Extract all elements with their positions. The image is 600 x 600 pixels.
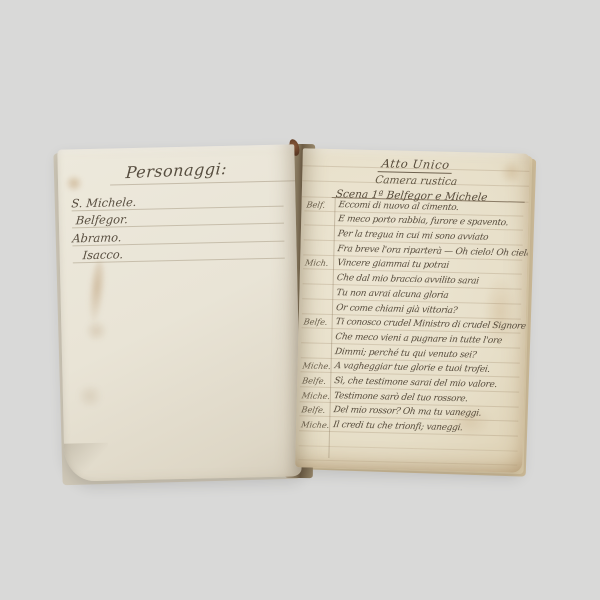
character-name: Isacco. [82, 247, 124, 262]
characters-title: Personaggi: [125, 159, 228, 182]
speaker-label: Belfe. [301, 405, 333, 416]
character-row: Isacco. [72, 241, 284, 263]
dialogue-text: Or come chiami già vittoria? [335, 303, 458, 316]
speaker-label: Miche. [302, 361, 334, 372]
photo-scene: Personaggi: S. Michele.Belfegor.Abramo.I… [0, 0, 600, 600]
speaker-label [305, 282, 335, 283]
dialogue-list: Belf.Eccomi di nuovo al cimento.E meco p… [298, 196, 523, 466]
stain [75, 385, 105, 408]
stain [85, 260, 107, 325]
speaker-label: Belfe. [301, 375, 333, 386]
speaker-label [303, 356, 333, 357]
character-name: Belfegor. [75, 212, 128, 227]
character-list: S. Michele.Belfegor.Abramo.Isacco. [71, 189, 285, 264]
speaker-label [304, 297, 334, 298]
stain [83, 321, 109, 342]
dialogue-text: Testimone sarò del tuo rossore. [333, 391, 468, 404]
speaker-label: Belf. [306, 199, 338, 210]
speaker-label: Mich. [304, 258, 336, 269]
speaker-label [304, 312, 334, 313]
manuscript-header: Atto Unico Camera rustica Scena 1ª Belfe… [302, 150, 530, 202]
speaker-label: Miche. [301, 390, 333, 401]
speaker-label: Belfe. [303, 317, 335, 328]
left-page: Personaggi: S. Michele.Belfegor.Abramo.I… [57, 144, 301, 481]
dialogue-text: Eccomi di nuovo al cimento. [338, 200, 460, 213]
speaker-label [305, 253, 335, 254]
right-page: Atto Unico Camera rustica Scena 1ª Belfe… [295, 148, 530, 472]
dialogue-text: Dimmi; perché tu qui venuto sei? [334, 347, 477, 360]
speaker-label [306, 238, 336, 239]
dialogue-text: Tu non avrai alcuna gloria [336, 288, 449, 301]
speaker-label [303, 341, 333, 342]
dialogue-text: Il credi tu che trionfi; vaneggi. [332, 420, 463, 433]
speaker-label: Miche. [300, 419, 332, 430]
character-name: S. Michele. [71, 194, 137, 210]
dialogue-text: Che dal mio braccio avvilito sarai [336, 273, 480, 286]
characters-title-row: Personaggi: [58, 158, 295, 182]
speaker-label [306, 224, 336, 225]
dialogue-text: Vincere giammai tu potrai [336, 259, 449, 272]
character-name: Abramo. [72, 230, 122, 245]
